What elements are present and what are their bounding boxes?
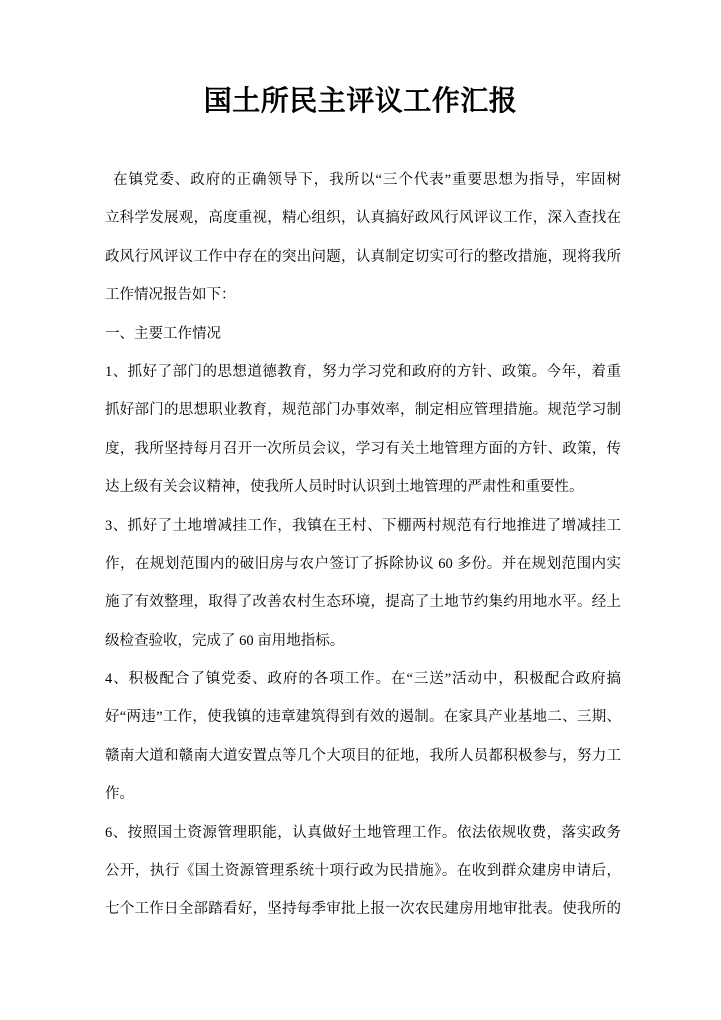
text-line: 工作情况报告如下： <box>105 276 621 314</box>
document-page: 国土所民主评议工作汇报 在镇党委、政府的正确领导下，我所以“三个代表”重要思想为… <box>0 0 721 1020</box>
text-line: 1、抓好了部门的思想道德教育，努力学习党和政府的方针、政策。今年，着重 <box>105 353 621 391</box>
text-line: 4、积极配合了镇党委、政府的各项工作。在“三送”活动中，积极配合政府搞 <box>105 660 621 698</box>
document-body: 在镇党委、政府的正确领导下，我所以“三个代表”重要思想为指导，牢固树立科学发展观… <box>105 161 621 929</box>
text-line: 政风行风评议工作中存在的突出问题，认真制定切实可行的整改措施，现将我所 <box>105 238 621 276</box>
text-line: 级检查验收，完成了 60 亩用地指标。 <box>105 622 621 660</box>
text-line: 作。 <box>105 775 621 813</box>
text-line: 公开，执行《国土资源管理系统十项行政为民措施》。在收到群众建房申请后， <box>105 852 621 890</box>
item-3-paragraph: 3、抓好了土地增减挂工作，我镇在王村、下棚两村规范有行地推进了增减挂工作，在规划… <box>105 507 621 661</box>
text-line: 赣南大道和赣南大道安置点等几个大项目的征地，我所人员都积极参与，努力工 <box>105 737 621 775</box>
text-line: 在镇党委、政府的正确领导下，我所以“三个代表”重要思想为指导，牢固树 <box>105 161 621 199</box>
item-6-paragraph: 6、按照国土资源管理职能，认真做好土地管理工作。依法依规收费，落实政务公开，执行… <box>105 814 621 929</box>
text-line: 一、主要工作情况 <box>105 315 621 353</box>
section-heading: 一、主要工作情况 <box>105 315 621 353</box>
text-line: 立科学发展观，高度重视，精心组织，认真搞好政风行风评议工作，深入查找在 <box>105 199 621 237</box>
text-line: 6、按照国土资源管理职能，认真做好土地管理工作。依法依规收费，落实政务 <box>105 814 621 852</box>
item-4-paragraph: 4、积极配合了镇党委、政府的各项工作。在“三送”活动中，积极配合政府搞好“两违”… <box>105 660 621 814</box>
text-line: 好“两违”工作，使我镇的违章建筑得到有效的遏制。在家具产业基地二、三期、 <box>105 698 621 736</box>
text-line: 作，在规划范围内的破旧房与农户签订了拆除协议 60 多份。并在规划范围内实 <box>105 545 621 583</box>
text-line: 施了有效整理，取得了改善农村生态环境，提高了土地节约集约用地水平。经上 <box>105 583 621 621</box>
text-line: 达上级有关会议精神，使我所人员时时认识到土地管理的严肃性和重要性。 <box>105 468 621 506</box>
item-1-paragraph: 1、抓好了部门的思想道德教育，努力学习党和政府的方针、政策。今年，着重抓好部门的… <box>105 353 621 507</box>
text-line: 抓好部门的思想职业教育，规范部门办事效率，制定相应管理措施。规范学习制 <box>105 391 621 429</box>
intro-paragraph: 在镇党委、政府的正确领导下，我所以“三个代表”重要思想为指导，牢固树立科学发展观… <box>105 161 621 315</box>
text-line: 3、抓好了土地增减挂工作，我镇在王村、下棚两村规范有行地推进了增减挂工 <box>105 507 621 545</box>
text-line: 七个工作日全部踏看好，坚持每季审批上报一次农民建房用地审批表。使我所的 <box>105 890 621 928</box>
document-title: 国土所民主评议工作汇报 <box>0 84 721 120</box>
text-line: 度，我所坚持每月召开一次所员会议，学习有关土地管理方面的方针、政策，传 <box>105 430 621 468</box>
